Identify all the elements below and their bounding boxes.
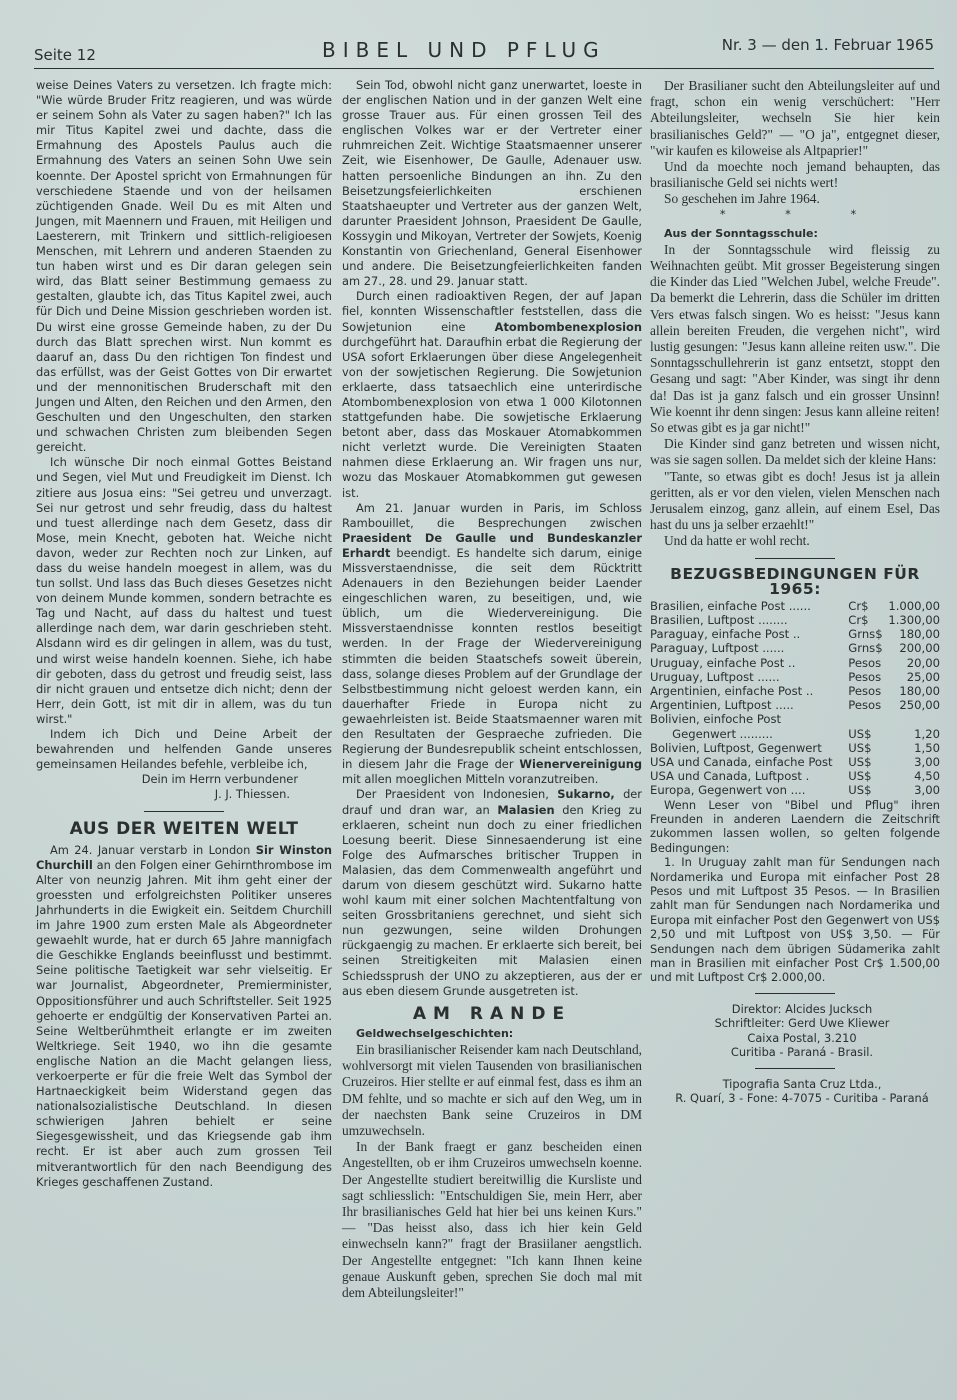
story-paragraph: "Tante, so etwas gibt es doch! Jesus ist…	[650, 469, 940, 534]
price-row: Brasilien, Luftpost ........Cr$1.300,00	[650, 613, 940, 627]
printer-info: Tipografia Santa Cruz Ltda., R. Quarí, 3…	[650, 1077, 940, 1106]
price-row: Gegenwert .........US$1,20	[650, 727, 940, 741]
price-row: Europa, Gegenwert von ....US$3,00	[650, 783, 940, 797]
imprint: Direktor: Alcides Jucksch Schriftleiter:…	[650, 1002, 940, 1060]
price-currency: Grns$	[844, 641, 885, 655]
price-currency: US$	[844, 755, 885, 769]
price-amount: 1,50	[885, 741, 940, 755]
price-row: Uruguay, einfache Post ..Pesos20,00	[650, 656, 940, 670]
price-label: Paraguay, einfache Post ..	[650, 627, 844, 641]
price-label: Argentinien, einfache Post ..	[650, 684, 844, 698]
imprint-city: Curitiba - Paraná - Brasil.	[650, 1045, 940, 1059]
section-separator-stars: * * *	[650, 208, 940, 220]
price-label: Uruguay, einfache Post ..	[650, 656, 844, 670]
price-amount: 1,20	[885, 727, 940, 741]
article-paragraph: Der Praesident von Indonesien, Sukarno, …	[342, 787, 642, 998]
price-currency: Pesos	[844, 684, 885, 698]
price-row: Brasilien, einfache Post ......Cr$1.000,…	[650, 599, 940, 613]
story-paragraph: So geschehen im Jahre 1964.	[650, 191, 940, 207]
divider	[755, 993, 835, 994]
price-label: Gegenwert .........	[650, 727, 844, 741]
price-currency: US$	[844, 741, 885, 755]
price-label: USA und Canada, Luftpost .	[650, 769, 844, 783]
price-row: Paraguay, Luftpost ......Grns$200,00	[650, 641, 940, 655]
subscription-price-table: Brasilien, einfache Post ......Cr$1.000,…	[650, 599, 940, 798]
letter-paragraph: Indem ich Dich und Deine Arbeit der bewa…	[36, 727, 332, 772]
price-amount: 1.300,00	[885, 613, 940, 627]
price-amount: 180,00	[885, 627, 940, 641]
price-row: USA und Canada, einfache PostUS$3,00	[650, 755, 940, 769]
price-row: Argentinien, einfache Post ..Pesos180,00	[650, 684, 940, 698]
price-label: Paraguay, Luftpost ......	[650, 641, 844, 655]
article-paragraph: Am 24. Januar verstarb in London Sir Win…	[36, 843, 332, 1190]
subscription-note: 1. In Uruguay zahlt man für Sendungen na…	[650, 855, 940, 985]
price-amount: 3,00	[885, 755, 940, 769]
imprint-postbox: Caixa Postal, 3.210	[650, 1031, 940, 1045]
page-header: Seite 12 BIBEL UND PFLUG Nr. 3 — den 1. …	[34, 36, 934, 69]
section-heading-subscription: BEZUGSBEDINGUNGEN FÜR 1965:	[650, 567, 940, 597]
story-paragraph: Ein brasilianischer Reisender kam nach D…	[342, 1042, 642, 1139]
price-row: Bolivien, einfoche Post	[650, 712, 940, 726]
price-row: Paraguay, einfache Post ..Grns$180,00	[650, 627, 940, 641]
story-paragraph: Die Kinder sind ganz betreten und wissen…	[650, 436, 940, 468]
price-amount: 180,00	[885, 684, 940, 698]
price-amount: 1.000,00	[885, 599, 940, 613]
subheading-money-exchange: Geldwechselgeschichten:	[356, 1026, 642, 1041]
price-label: Uruguay, Luftpost ......	[650, 670, 844, 684]
printer-name: Tipografia Santa Cruz Ltda.,	[650, 1077, 940, 1091]
printer-address: R. Quarí, 3 - Fone: 4-7075 - Curitiba - …	[650, 1091, 940, 1105]
price-amount	[885, 712, 940, 726]
price-label: Europa, Gegenwert von ....	[650, 783, 844, 797]
price-amount: 3,00	[885, 783, 940, 797]
price-amount: 250,00	[885, 698, 940, 712]
price-row: USA und Canada, Luftpost .US$4,50	[650, 769, 940, 783]
divider	[755, 558, 835, 559]
letter-signature: J. J. Thiessen.	[36, 787, 332, 802]
divider	[144, 811, 224, 812]
price-currency: US$	[844, 769, 885, 783]
article-paragraph: Sein Tod, obwohl nicht ganz unerwartet, …	[342, 78, 642, 289]
section-heading-margin: AM RANDE	[342, 1007, 642, 1022]
price-currency: US$	[844, 783, 885, 797]
page-number: Seite 12	[34, 46, 96, 64]
price-row: Uruguay, Luftpost ......Pesos25,00	[650, 670, 940, 684]
imprint-director: Direktor: Alcides Jucksch	[650, 1002, 940, 1016]
price-amount: 25,00	[885, 670, 940, 684]
price-label: Bolivien, Luftpost, Gegenwert	[650, 741, 844, 755]
price-amount: 20,00	[885, 656, 940, 670]
letter-closing: Dein im Herrn verbundener	[36, 772, 332, 787]
story-paragraph: In der Sonntagsschule wird fleissig zu W…	[650, 242, 940, 436]
divider	[755, 1068, 835, 1069]
price-currency: Grns$	[844, 627, 885, 641]
price-label: Bolivien, einfoche Post	[650, 712, 844, 726]
subheading-sunday-school: Aus der Sonntagsschule:	[664, 226, 940, 241]
price-label: Argentinien, Luftpost .....	[650, 698, 844, 712]
column-1: weise Deines Vaters zu versetzen. Ich fr…	[36, 78, 332, 1190]
publication-title: BIBEL UND PFLUG	[322, 38, 606, 62]
story-paragraph: Und da moechte noch jemand behaupten, da…	[650, 159, 940, 191]
price-label: Brasilien, Luftpost ........	[650, 613, 844, 627]
price-currency: Pesos	[844, 656, 885, 670]
article-paragraph: Am 21. Januar wurden in Paris, im Schlos…	[342, 501, 642, 788]
price-currency: Pesos	[844, 698, 885, 712]
issue-date: Nr. 3 — den 1. Februar 1965	[722, 36, 934, 54]
column-2: Sein Tod, obwohl nicht ganz unerwartet, …	[342, 78, 642, 1301]
price-currency: Pesos	[844, 670, 885, 684]
price-currency: Cr$	[844, 613, 885, 627]
price-row: Bolivien, Luftpost, GegenwertUS$1,50	[650, 741, 940, 755]
imprint-editor: Schriftleiter: Gerd Uwe Kliewer	[650, 1016, 940, 1030]
price-currency: US$	[844, 727, 885, 741]
price-label: Brasilien, einfache Post ......	[650, 599, 844, 613]
price-currency	[844, 712, 885, 726]
story-paragraph: Und da hatte er wohl recht.	[650, 533, 940, 549]
price-amount: 200,00	[885, 641, 940, 655]
price-row: Argentinien, Luftpost .....Pesos250,00	[650, 698, 940, 712]
story-paragraph: Der Brasilianer sucht den Abteilungsleit…	[650, 78, 940, 159]
article-paragraph: Durch einen radioaktiven Regen, der auf …	[342, 289, 642, 500]
subscription-note: Wenn Leser von "Bibel und Pflug" ihren F…	[650, 798, 940, 856]
price-label: USA und Canada, einfache Post	[650, 755, 844, 769]
column-3: Der Brasilianer sucht den Abteilungsleit…	[650, 78, 940, 1105]
section-heading-world: AUS DER WEITEN WELT	[36, 822, 332, 837]
letter-paragraph: weise Deines Vaters zu versetzen. Ich fr…	[36, 78, 332, 455]
price-currency: Cr$	[844, 599, 885, 613]
story-paragraph: In der Bank fraegt er ganz bescheiden ei…	[342, 1139, 642, 1301]
price-amount: 4,50	[885, 769, 940, 783]
letter-paragraph: Ich wünsche Dir noch einmal Gottes Beist…	[36, 455, 332, 727]
